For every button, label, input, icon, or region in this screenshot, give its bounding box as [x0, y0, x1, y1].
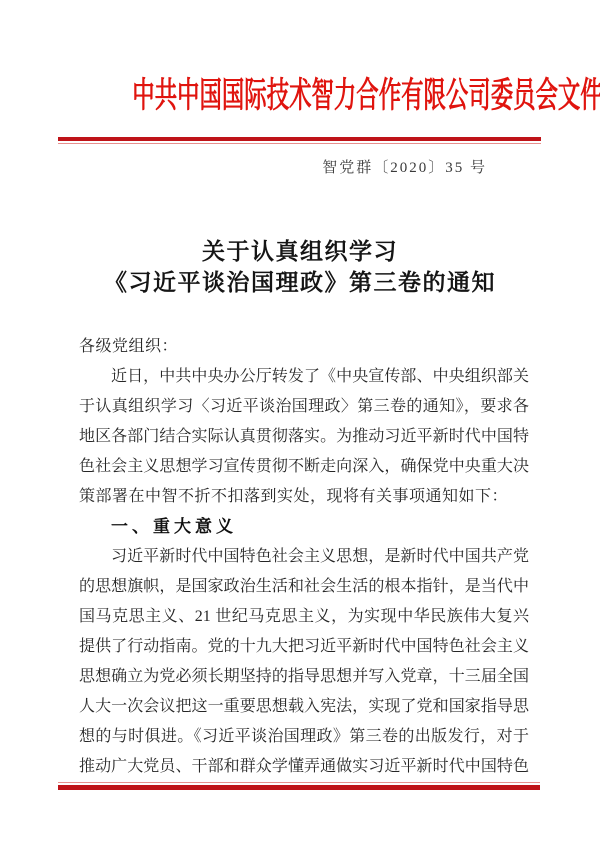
body-line: 思想确立为党必须长期坚持的指导思想并写入党章，十三届全国 [79, 662, 529, 692]
footer-divider [58, 782, 540, 790]
body-line: 人大一次会议把这一重要思想载入宪法，实现了党和国家指导思 [79, 692, 529, 722]
body-line: 策部署在中智不折不扣落到实处，现将有关事项通知如下： [79, 482, 529, 512]
document-title: 关于认真组织学习 《习近平谈治国理政》第三卷的通知 [0, 236, 600, 298]
document-page: 中共中国国际技术智力合作有限公司委员会文件 智党群〔2020〕35 号 关于认真… [0, 0, 600, 848]
body-line: 各级党组织： [79, 332, 529, 362]
letterhead: 中共中国国际技术智力合作有限公司委员会文件 [0, 74, 600, 118]
body-line: 色社会主义思想学习宣传贯彻不断走向深入，确保党中央重大决 [79, 452, 529, 482]
header-divider-thin-rule [58, 143, 541, 144]
body-line: 的思想旗帜，是国家政治生活和社会生活的根本指针，是当代中 [79, 572, 529, 602]
header-divider [58, 137, 541, 144]
document-number: 智党群〔2020〕35 号 [0, 156, 487, 177]
document-title-line2: 《习近平谈治国理政》第三卷的通知 [0, 267, 600, 298]
body-line: 地区各部门结合实际认真贯彻落实。为推动习近平新时代中国特 [79, 422, 529, 452]
letterhead-org-title: 中共中国国际技术智力合作有限公司委员会文件 [132, 74, 600, 118]
body-line: 于认真组织学习〈习近平谈治国理政〉第三卷的通知》，要求各 [79, 392, 529, 422]
footer-divider-thick-rule [58, 785, 540, 790]
document-title-line1: 关于认真组织学习 [0, 236, 600, 267]
body-line: 推动广大党员、干部和群众学懂弄通做实习近平新时代中国特色 [79, 752, 529, 782]
body-line: 习近平新时代中国特色社会主义思想，是新时代中国共产党 [79, 542, 529, 572]
section-heading: 一、重大意义 [79, 512, 529, 542]
body-line: 想的与时俱进。《习近平谈治国理政》第三卷的出版发行，对于 [79, 722, 529, 752]
body-line: 国马克思主义、21 世纪马克思主义，为实现中华民族伟大复兴 [79, 602, 529, 632]
header-divider-thick-rule [58, 137, 541, 141]
footer-divider-thin-rule [58, 782, 540, 783]
body-line: 提供了行动指南。党的十九大把习近平新时代中国特色社会主义 [79, 632, 529, 662]
body-line: 近日，中共中央办公厅转发了《中央宣传部、中央组织部关 [79, 362, 529, 392]
document-body: 各级党组织：近日，中共中央办公厅转发了《中央宣传部、中央组织部关于认真组织学习〈… [79, 332, 529, 782]
